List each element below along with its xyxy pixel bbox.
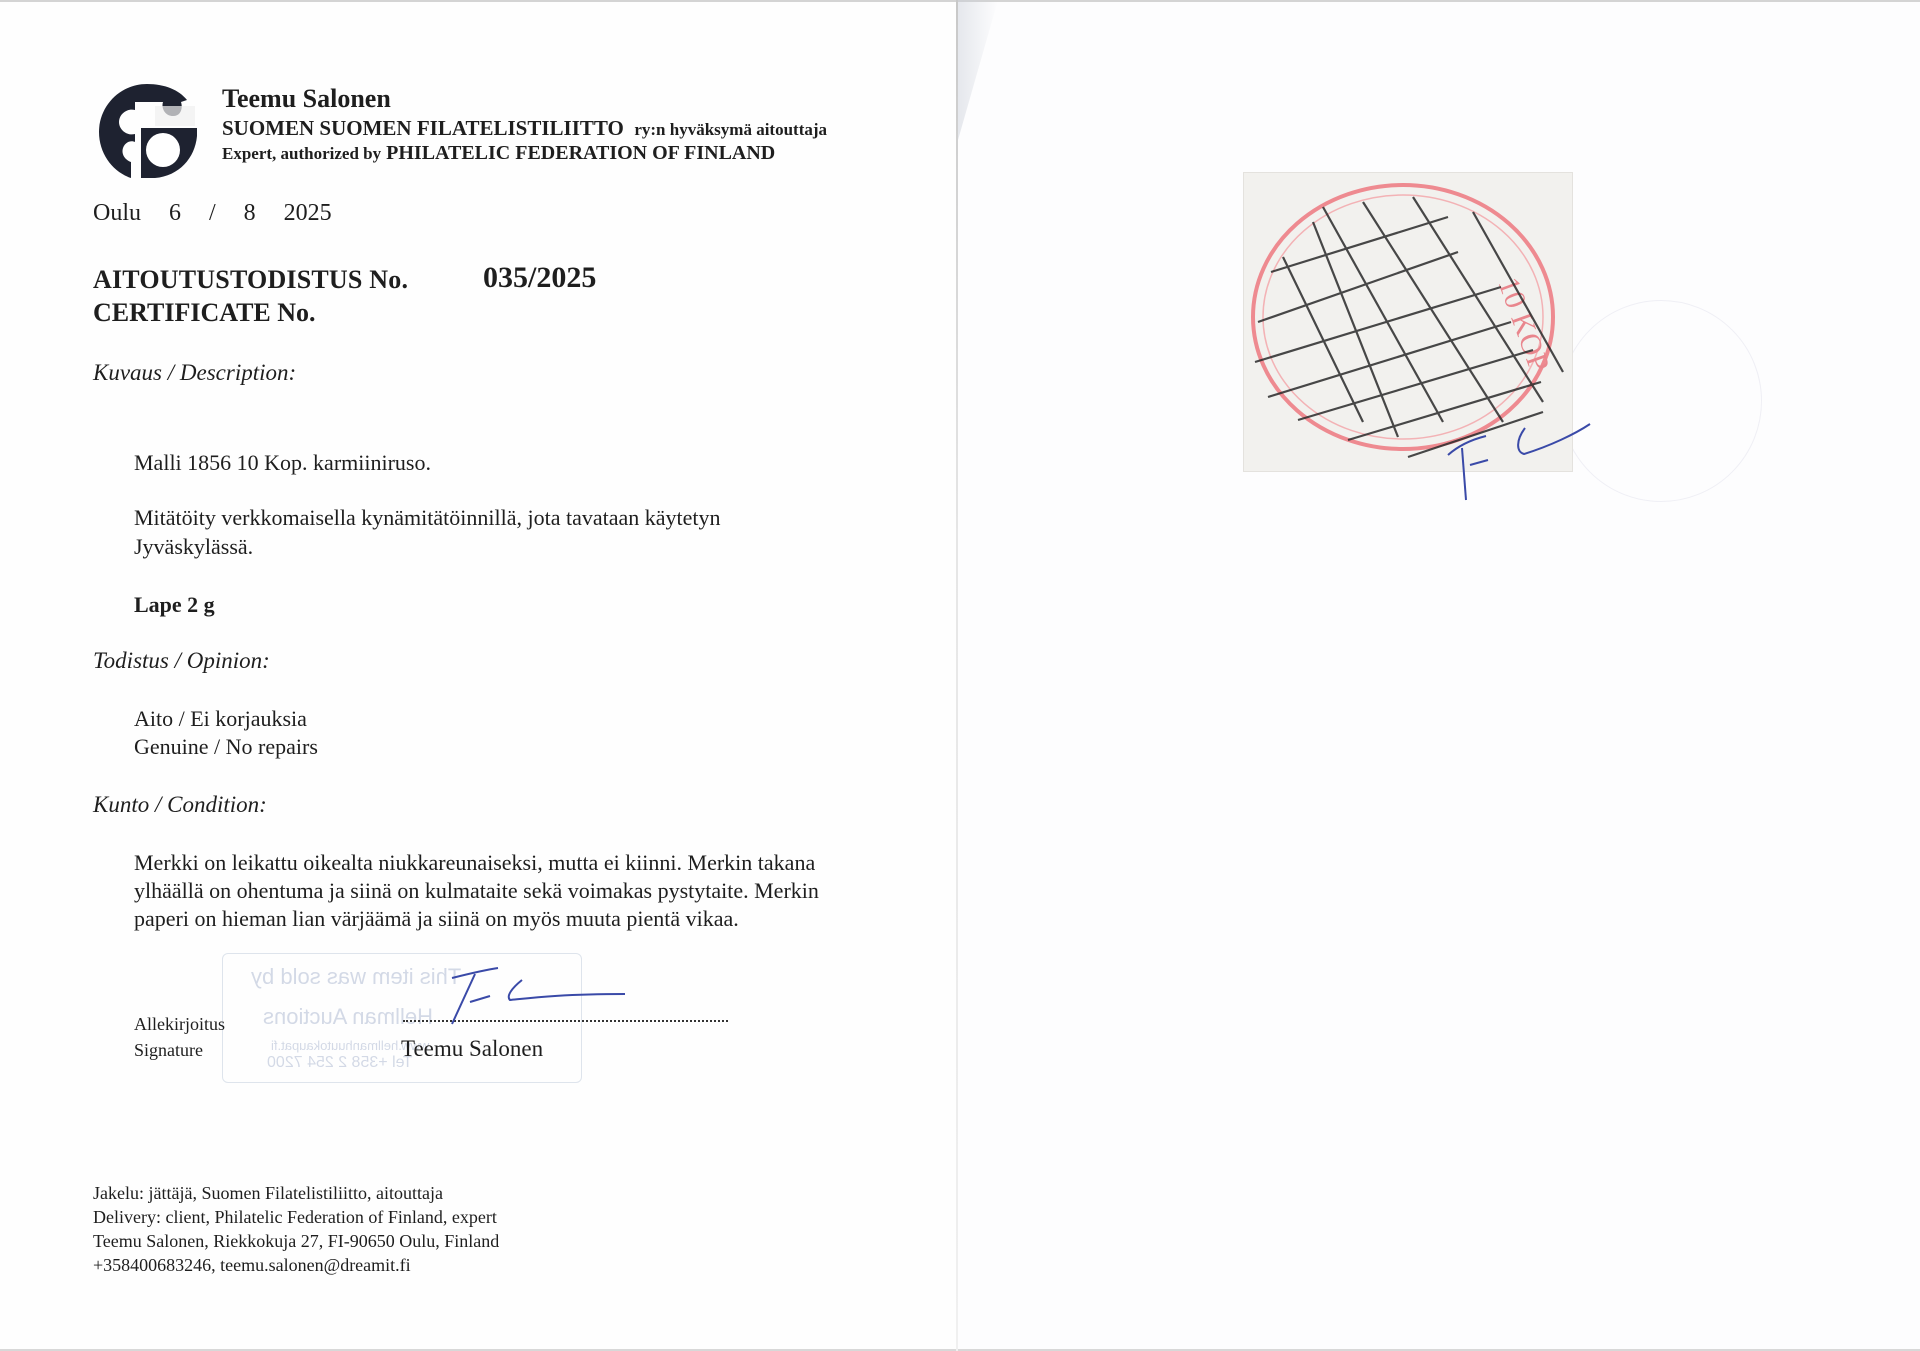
day: 6 bbox=[169, 200, 181, 226]
federation-approval: ry:n hyväksymä aitouttaja bbox=[634, 120, 827, 139]
federation-name-en: PHILATELIC FEDERATION OF FINLAND bbox=[386, 142, 775, 164]
footer-line: Delivery: client, Philatelic Federation … bbox=[93, 1205, 499, 1229]
description-label: Kuvaus / Description: bbox=[93, 360, 296, 386]
federation-name: SUOMEN SUOMEN FILATELISTILIITTO bbox=[222, 116, 624, 140]
footer-line: +358400683246, teemu.salonen@dreamit.fi bbox=[93, 1253, 499, 1277]
place: Oulu bbox=[93, 200, 141, 226]
philatelic-federation-logo-icon bbox=[95, 80, 199, 180]
month: 8 bbox=[244, 200, 256, 226]
expert-name: Teemu Salonen bbox=[222, 84, 391, 114]
condition-line: ylhäällä on ohentuma ja siinä on kulmata… bbox=[134, 876, 819, 905]
signature-label-fi: Allekirjoitus bbox=[134, 1014, 225, 1035]
authorized-by: Expert, authorized by bbox=[222, 144, 381, 163]
watermark-line: This item was sold by bbox=[251, 964, 461, 990]
certificate-title-en: CERTIFICATE No. bbox=[93, 298, 316, 328]
description-line: Malli 1856 10 Kop. karmiiniruso. bbox=[134, 448, 431, 477]
handwritten-signature-icon bbox=[440, 960, 640, 1030]
distribution-footer: Jakelu: jättäjä, Suomen Filatelistiliitt… bbox=[93, 1181, 499, 1277]
opinion-label: Todistus / Opinion: bbox=[93, 648, 270, 674]
condition-label: Kunto / Condition: bbox=[93, 792, 267, 818]
date-separator: / bbox=[209, 200, 216, 226]
signer-name: Teemu Salonen bbox=[401, 1036, 543, 1062]
description-line: Jyväskylässä. bbox=[134, 532, 253, 561]
footer-line: Jakelu: jättäjä, Suomen Filatelistiliitt… bbox=[93, 1181, 499, 1205]
certificate-title-fi: AITOUTUSTODISTUS No. bbox=[93, 265, 408, 295]
place-date: Oulu 6 / 8 2025 bbox=[93, 200, 354, 227]
authorization-line: Expert, authorized by PHILATELIC FEDERAT… bbox=[222, 142, 775, 165]
year: 2025 bbox=[284, 200, 332, 226]
condition-line: Merkki on leikattu oikealta niukkareunai… bbox=[134, 848, 815, 877]
certificate-number: 035/2025 bbox=[483, 261, 596, 295]
page-fold bbox=[956, 0, 958, 1351]
catalogue-reference: Lape 2 g bbox=[134, 590, 215, 619]
watermark-line: Tel +358 2 254 7200 bbox=[267, 1054, 412, 1072]
stamp-signature-mark-icon bbox=[1440, 410, 1600, 505]
opinion-fi: Aito / Ei korjauksia bbox=[134, 704, 307, 733]
description-line: Mitätöity verkkomaisella kynämitätöinnil… bbox=[134, 503, 721, 532]
footer-line: Teemu Salonen, Riekkokuja 27, FI-90650 O… bbox=[93, 1229, 499, 1253]
condition-line: paperi on hieman lian värjäämä ja siinä … bbox=[134, 904, 739, 933]
federation-line: SUOMEN SUOMEN FILATELISTILIITTO ry:n hyv… bbox=[222, 116, 827, 141]
signature-label-en: Signature bbox=[134, 1040, 203, 1061]
opinion-en: Genuine / No repairs bbox=[134, 732, 318, 761]
